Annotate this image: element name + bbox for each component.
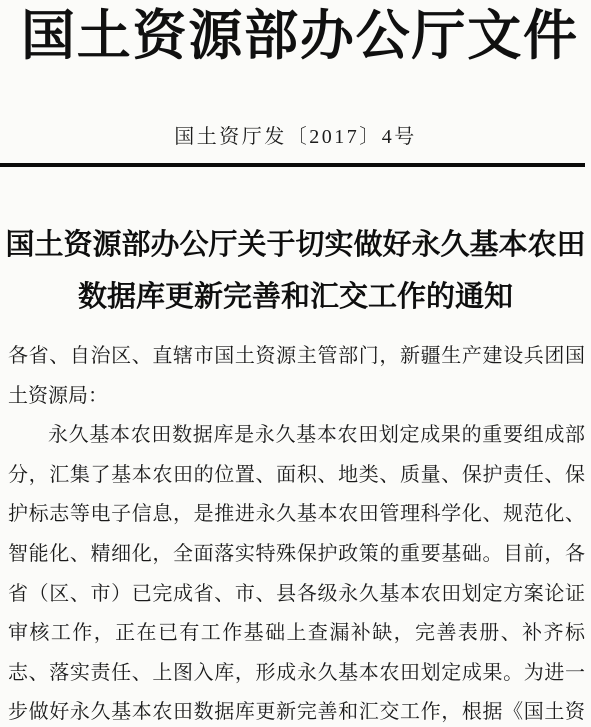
- document-title-line-2: 数据库更新完善和汇交工作的通知: [0, 271, 591, 323]
- body-text-line: 审核工作，正在已有工作基础上查漏补缺，完善表册、补齐标: [8, 614, 585, 654]
- salutation-line-2: 土资源局：: [8, 377, 585, 417]
- salutation-line-1: 各省、自治区、直辖市国土资源主管部门，新疆生产建设兵团国: [8, 337, 585, 377]
- body-text-line: 永久基本农田数据库是永久基本农田划定成果的重要组成部: [8, 416, 585, 456]
- document-title: 国土资源部办公厅关于切实做好永久基本农田 数据库更新完善和汇交工作的通知: [0, 219, 591, 323]
- document-page: 国土资源部办公厅文件 国土资厅发〔2017〕4号 国土资源部办公厅关于切实做好永…: [0, 0, 591, 727]
- document-title-line-1: 国土资源部办公厅关于切实做好永久基本农田: [0, 219, 591, 271]
- body-text-line: 步做好永久基本农田数据库更新完善和汇交工作，根据《国土资: [8, 693, 585, 727]
- body-text-line: 分，汇集了基本农田的位置、面积、地类、质量、保护责任、保: [8, 456, 585, 496]
- body-text-line: 智能化、精细化，全面落实特殊保护政策的重要基础。目前，各: [8, 535, 585, 575]
- document-body: 各省、自治区、直辖市国土资源主管部门，新疆生产建设兵团国 土资源局： 永久基本农…: [8, 337, 585, 727]
- document-masthead: 国土资源部办公厅文件: [0, 2, 591, 70]
- body-text-line: 护标志等电子信息，是推进永久基本农田管理科学化、规范化、: [8, 495, 585, 535]
- document-number: 国土资厅发〔2017〕4号: [0, 122, 591, 152]
- masthead-divider-rule: [0, 163, 585, 167]
- body-text-line: 省（区、市）已完成省、市、县各级永久基本农田划定方案论证: [8, 575, 585, 615]
- body-text-line: 志、落实责任、上图入库，形成永久基本农田划定成果。为进一: [8, 654, 585, 694]
